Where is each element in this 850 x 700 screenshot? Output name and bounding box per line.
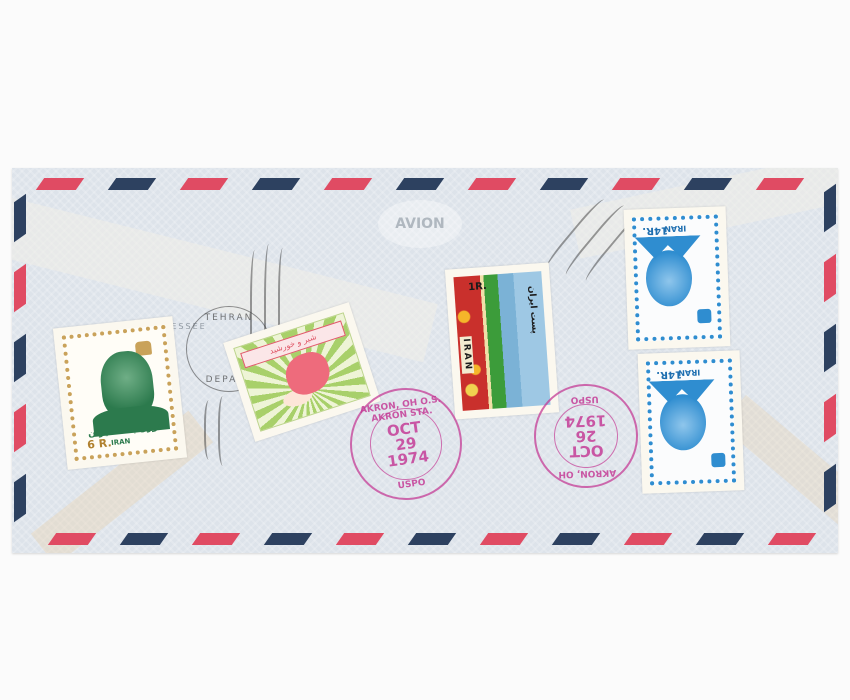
cancel-wavy-line — [218, 396, 230, 466]
airmail-stripe — [684, 178, 732, 190]
airmail-stripe — [824, 254, 836, 302]
airmail-stripe — [336, 533, 384, 545]
lion-icon — [281, 347, 335, 399]
airmail-stripe — [824, 394, 836, 442]
airmail-stripe — [824, 324, 836, 372]
stamp-frame: 14R. IRAN — [632, 215, 722, 342]
stamp-value: 6 R. — [87, 436, 113, 451]
airmail-stripe — [540, 178, 588, 190]
airmail-stripe — [696, 533, 744, 545]
airmail-stripe — [14, 474, 26, 522]
portrait-head — [645, 249, 693, 307]
cancel-wavy-line — [204, 400, 216, 460]
airmail-stripe — [612, 178, 660, 190]
airmail-stripe — [396, 178, 444, 190]
emblem-icon — [711, 453, 725, 467]
emblem-icon — [697, 309, 711, 323]
airmail-stripe — [480, 533, 528, 545]
stamp-value: 1R. — [468, 281, 487, 293]
blue-portrait-stamp-top: 14R. IRAN — [624, 206, 731, 349]
airmail-stripe — [768, 533, 816, 545]
airmail-stripe — [756, 178, 804, 190]
airmail-stripe — [108, 178, 156, 190]
akron-postmark-oct-26: AKRON, OH OCT 26 1974 USPO — [532, 382, 640, 490]
stamp-persian-text: پست ایران — [526, 285, 539, 334]
airmail-stripe — [552, 533, 600, 545]
shah-portrait-stamp: عورل پست ایران 6 R. IRAN — [53, 316, 187, 470]
stamp-country: IRAN — [460, 336, 475, 374]
airmail-stripe — [252, 178, 300, 190]
stamp-frame: 14R. IRAN — [646, 359, 736, 486]
postmark-ring-bottom: USPO — [535, 392, 635, 405]
stamp-country: IRAN — [111, 437, 131, 447]
stamp-country: IRAN — [664, 224, 686, 234]
airmail-stripe — [824, 184, 836, 232]
stamp-country: IRAN — [678, 368, 700, 378]
postmark-date: OCT 26 1974 — [535, 411, 637, 459]
airmail-stripe — [180, 178, 228, 190]
airmail-stripe — [36, 178, 84, 190]
airmail-stripe — [624, 533, 672, 545]
airmail-stripe — [120, 533, 168, 545]
airmail-stripe — [264, 533, 312, 545]
airmail-stripe — [824, 464, 836, 512]
airmail-stripe — [14, 264, 26, 312]
stamp-frame: 1R. IRAN پست ایران — [453, 271, 550, 411]
airmail-stripe — [468, 178, 516, 190]
portrait-head — [659, 393, 707, 451]
airmail-stripe — [14, 334, 26, 382]
tehran-cancel-top-text: TEHRAN — [187, 313, 271, 323]
airmail-stripe — [408, 533, 456, 545]
stamp-frame: عورل پست ایران 6 R. IRAN — [62, 325, 179, 461]
airmail-watermark: AVION — [378, 200, 462, 248]
blue-portrait-stamp-bottom: 14R. IRAN — [638, 350, 745, 493]
airmail-stripe — [48, 533, 96, 545]
airmail-stripe — [14, 404, 26, 452]
airmail-stripe — [324, 178, 372, 190]
airmail-stripe — [192, 533, 240, 545]
airmail-stripe — [14, 194, 26, 242]
